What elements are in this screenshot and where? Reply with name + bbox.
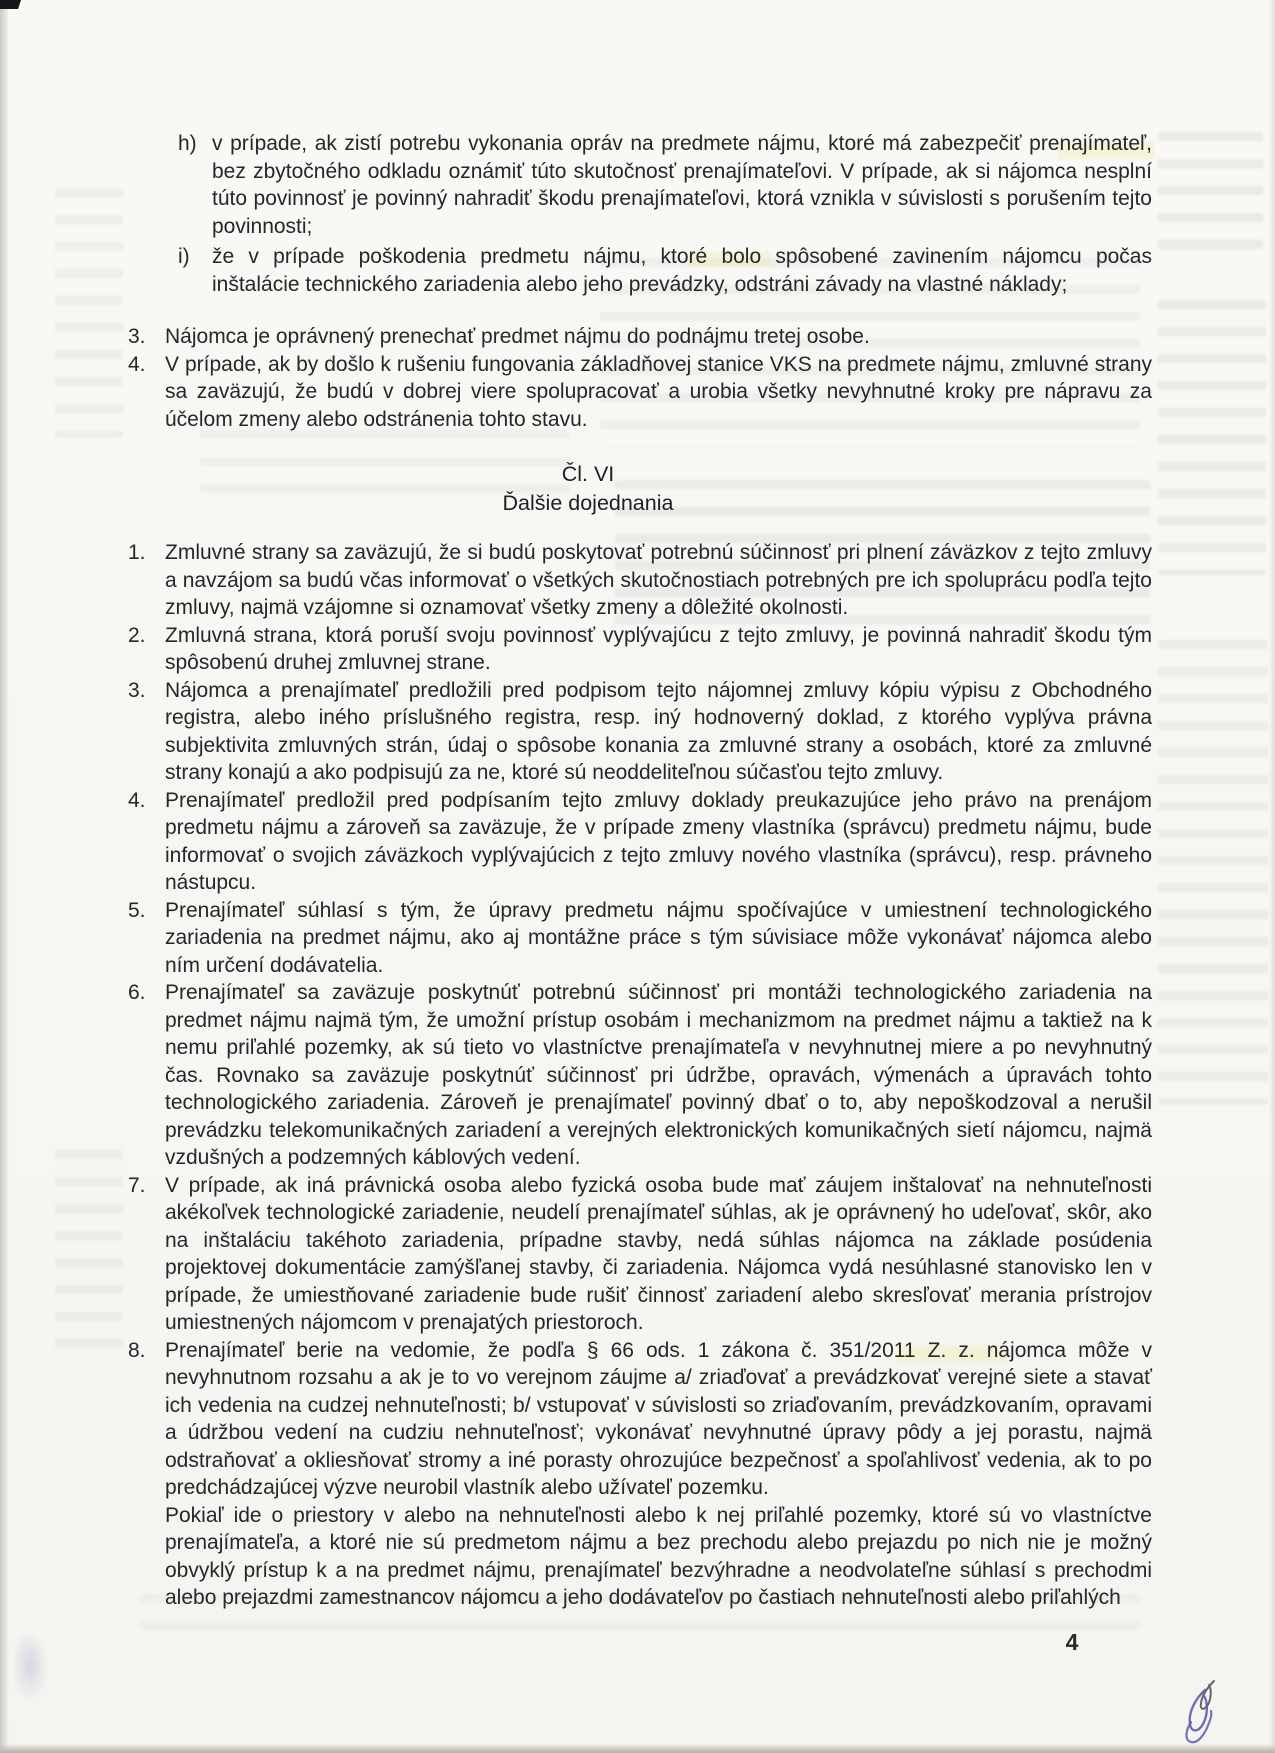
article-item-3: 3. Nájomca a prenajímateľ predložili pre…	[128, 677, 1152, 787]
clause-label: 7.	[128, 1172, 146, 1200]
clause-label: 2.	[128, 622, 146, 650]
clause-label: 1.	[128, 539, 146, 567]
clause-text: V prípade, ak iná právnická osoba alebo …	[165, 1174, 1152, 1335]
page-number: 4	[1052, 1629, 1092, 1656]
clause-item-4: 4. V prípade, ak by došlo k rušeniu fung…	[128, 351, 1152, 434]
scan-corner-mark	[0, 0, 21, 9]
article-item-6: 6. Prenajímateľ sa zaväzuje poskytnúť po…	[128, 979, 1152, 1172]
clause-text: Zmluvné strany sa zaväzujú, že si budú p…	[165, 541, 1152, 619]
article-number: Čl. VI	[76, 460, 1100, 489]
clause-text: v prípade, ak zistí potrebu vykonania op…	[212, 132, 1152, 238]
clause-label: 5.	[128, 897, 146, 925]
article-item-1: 1. Zmluvné strany sa zaväzujú, že si bud…	[128, 539, 1152, 622]
bleedthrough-artifact	[55, 1150, 123, 1355]
article-title: Ďalšie dojednania	[76, 489, 1100, 518]
clause-label: 4.	[128, 787, 146, 815]
clause-label: 8.	[128, 1337, 146, 1365]
clause-text: Nájomca a prenajímateľ predložili pred p…	[165, 679, 1152, 785]
bleedthrough-artifact	[55, 188, 123, 438]
ink-smudge	[12, 1636, 48, 1702]
article-heading: Čl. VI Ďalšie dojednania	[76, 460, 1100, 518]
clause-text: že v prípade poškodenia predmetu nájmu, …	[212, 245, 1152, 296]
clause-item-h: h) v prípade, ak zistí potrebu vykonania…	[128, 130, 1152, 240]
bleedthrough-artifact	[1158, 300, 1266, 575]
clause-label: 4.	[128, 351, 146, 379]
clause-text: Prenajímateľ predložil pred podpísaním t…	[165, 789, 1152, 895]
clause-label: i)	[178, 243, 190, 271]
clause-text: Nájomca je oprávnený prenechať predmet n…	[165, 325, 870, 348]
contract-text-block: h) v prípade, ak zistí potrebu vykonania…	[128, 130, 1152, 1612]
article-item-4: 4. Prenajímateľ predložil pred podpísaní…	[128, 787, 1152, 897]
article-item-7: 7. V prípade, ak iná právnická osoba ale…	[128, 1172, 1152, 1337]
initials-ink-icon	[1178, 1678, 1228, 1746]
scanned-contract-page: h) v prípade, ak zistí potrebu vykonania…	[0, 0, 1275, 1753]
scan-edge-right	[1269, 0, 1275, 1753]
article-item-8: 8. Prenajímateľ berie na vedomie, že pod…	[128, 1337, 1152, 1612]
clause-item-i: i) že v prípade poškodenia predmetu nájm…	[128, 243, 1152, 298]
clause-label: 3.	[128, 323, 146, 351]
clause-label: h)	[178, 130, 197, 158]
scan-edge-bottom	[0, 1744, 1275, 1753]
clause-label: 6.	[128, 979, 146, 1007]
clause-continuation: Pokiaľ ide o priestory v alebo na nehnut…	[165, 1502, 1152, 1612]
clause-text: V prípade, ak by došlo k rušeniu fungova…	[165, 353, 1152, 431]
clause-item-3: 3. Nájomca je oprávnený prenechať predme…	[128, 323, 1152, 351]
clause-text: Prenajímateľ berie na vedomie, že podľa …	[165, 1339, 1152, 1500]
bleedthrough-artifact	[1158, 640, 1268, 1105]
article-item-5: 5. Prenajímateľ súhlasí s tým, že úpravy…	[128, 897, 1152, 980]
clause-text: Prenajímateľ súhlasí s tým, že úpravy pr…	[165, 899, 1152, 977]
scan-edge-left	[0, 0, 9, 1753]
handwritten-initials	[1178, 1678, 1228, 1751]
clause-text: Zmluvná strana, ktorá poruší svoju povin…	[165, 624, 1152, 675]
bleedthrough-artifact	[1158, 132, 1263, 250]
clause-text: Prenajímateľ sa zaväzuje poskytnúť potre…	[165, 981, 1152, 1169]
clause-label: 3.	[128, 677, 146, 705]
article-item-2: 2. Zmluvná strana, ktorá poruší svoju po…	[128, 622, 1152, 677]
